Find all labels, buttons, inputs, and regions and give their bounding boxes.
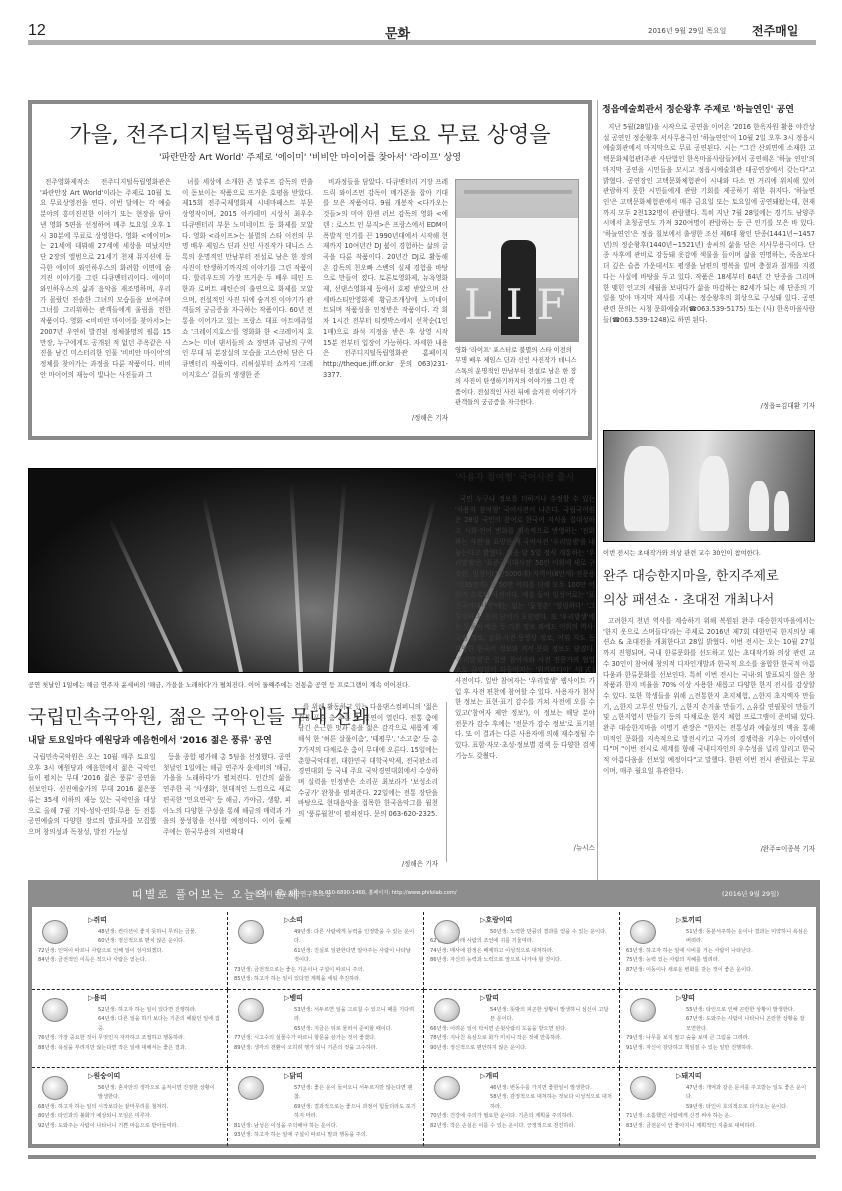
gugak-col-1: 국립민속국악원은 오는 10월 매주 토요일 오후 3시 예원당과 예음헌에서 … [28,752,156,864]
fortune-dragon: ▷용띠52년생: 하고자 하는 일이 있다면 진행하라.64년생: 다른 일을 … [32,990,228,1068]
dictionary-byline: /뉴시스 [455,842,595,852]
dress-mannequin [749,481,769,531]
fortune-contact: H.P: 010-6890-1468, 홈페이지: http://www.phi… [313,889,457,896]
fortune-ox: ▷소띠49년생: 다른 사람에게 능력을 인정받을 수 있는 운이다.61년생:… [228,912,424,990]
main-article-byline: /정해은 기자 [323,412,448,422]
pig-icon [630,1076,656,1100]
dress-mannequin [699,456,729,531]
gugak-byline: /정해은 기자 [298,858,438,868]
light-beam [389,497,436,673]
main-article-col-1: 전주영화제작소 전주디지털독립영화관은 '파란만장 Art World'이라는 … [40,177,171,427]
life-movie-poster: LIFE [455,179,579,342]
fortune-date: (2016년 9월 29일) [722,889,779,898]
hanji-byline: /완주=이종복 기자 [603,843,815,853]
gugak-col-3: 를 위해 활동하고 있는 다음댄스컴퍼니의 '젊은 전통 푸른 춤 푸른 춤' … [298,702,438,857]
footer-rule [28,1155,816,1159]
page-number: 12 [28,22,46,40]
column-divider [446,702,447,862]
column-divider [597,100,598,880]
fortune-rat: ▷쥐띠48년생: 컨디션이 좋지 못하니 무리는 금물.60년생: 정신적으로 … [32,912,228,990]
main-article-col-2: 녀를 세상에 소개한 존 말루프 감독의 연출이 돋보이는 작품으로 뜨거운 호… [182,177,313,427]
fortune-horse: ▷말띠54년생: 뜻밖의 피곤한 상황이 발생하니 심신이 고달픈 운이다.66… [424,990,620,1068]
dictionary-article-title: '사용자 참여형' 국어사전 출시 [455,470,574,483]
light-beam [289,482,303,672]
dress-mannequin [774,491,789,531]
fortune-rooster: ▷닭띠57년생: 좋은 운이 들어오니 서두르지만 않는다면 괜찮.69년생: … [228,1068,424,1146]
main-article-col-3: 비과정들을 담았다. 다큐멘터리 거장 프레드릭 와이즈먼 감독이 메가폰을 잡… [323,177,448,427]
dress-mannequin [624,446,669,531]
poster-title: LIFE [464,280,579,329]
rabbit-icon [630,920,656,944]
horse-icon [434,998,460,1022]
fortune-sheep: ▷양띠55년생: 타인으로 인해 곤란한 상황이 발생한다.67년생: 도와주는… [620,990,816,1068]
dragon-icon [42,998,68,1022]
fortune-snake: ▷뱀띠53년생: 서두르면 일을 그르칠 수 있으니 때를 기다려라.65년생:… [228,990,424,1068]
header-rule [28,40,816,45]
ox-icon [238,920,264,944]
light-beam [202,496,243,673]
dog-icon [434,1076,460,1100]
poster-credits [464,190,572,194]
main-article-subtitle: '파란만장 Art World' 주제로 '에이미' '비비안 마이어를 찾아서… [40,150,580,163]
fortune-tiger: ▷호랑이띠50년생: 노력한 만큼의 결과를 얻을 수 있는 운이다.62년생:… [424,912,620,990]
hanji-photo-caption: 이번 전시는 초대작가와 의상 관련 교수 30인이 참여한다. [603,548,761,557]
gugak-article-subtitle: 내달 토요일마다 예원당과 예음헌에서 '2016 젊은 풍류' 공연 [28,733,272,746]
rat-icon [42,920,68,944]
light-beam [329,482,346,672]
hanji-article-body: 고려한지 천년 역사를 계승하기 위해 복원된 완주 대승한지마을에서는 '한지… [603,616,815,841]
sky-article-title: 정읍예술회관서 정순왕후 주제로 '하늘연인' 공연 [602,102,794,115]
fortune-rabbit: ▷토끼띠51년생: 동분서주하는 운이나 결과는 미약하니 욕심은 버려라.63… [620,912,816,990]
sky-article-body: 지난 5월(28일)을 시작으로 공연을 이어온 '2016 한옥자원 활용 야… [603,122,815,397]
sheep-icon [630,998,656,1022]
monkey-icon [42,1076,68,1100]
hanji-exhibition-photo [603,430,815,542]
hanji-article-title: 완주 대승한지마을, 한지주제로 의상 패션쇼 · 초대전 개최나서 [603,565,779,613]
gugak-col-2: 등을 종합 평가해 총 5팀을 선정했다. 공연 첫날인 1일에는 해금 연주자… [163,752,291,864]
sky-byline: /정읍=김대환 기자 [603,400,815,410]
light-beam [107,517,182,673]
issue-date: 2016년 9월 29일 목요일 [648,26,726,36]
rooster-icon [238,1076,264,1100]
fortune-grid: ▷쥐띠48년생: 컨디션이 좋지 못하니 무리는 금물.60년생: 정신적으로 … [32,912,816,1146]
newspaper-brand: 전주매일 [752,22,798,39]
fortune-monkey: ▷원숭이띠56년생: 혼자만의 생각으로 움직이면 진정한 상황이 발생한다.6… [32,1068,228,1146]
fortune-dog: ▷개띠46년생: 변동수를 가지면 좋한일이 발생한다.58년생: 감정적으로 … [424,1068,620,1146]
poster-caption: 영화 '라이프' 포스터로 불멸의 스타 이전의 무명 배우 제임스 딘과 신인… [455,346,579,408]
snake-icon [238,998,264,1022]
main-article-title: 가을, 전주디지털독립영화관에서 토요 무료 상영을 [40,118,580,149]
tiger-icon [434,920,460,944]
dictionary-article-body: 국민 누구나 정보를 더하거나 수정할 수 있는 '사용자 참여형' 국어사전이… [455,494,595,839]
fortune-pig: ▷돼지띠47년생: 개억과 같은 문서를 주고받는 일도 좋은 운이다.59년생… [620,1068,816,1146]
fortune-header: 띠별로 풀어보는 오늘의 운세 홍주미 백운철학연구소소장 H.P: 010-6… [28,880,820,907]
